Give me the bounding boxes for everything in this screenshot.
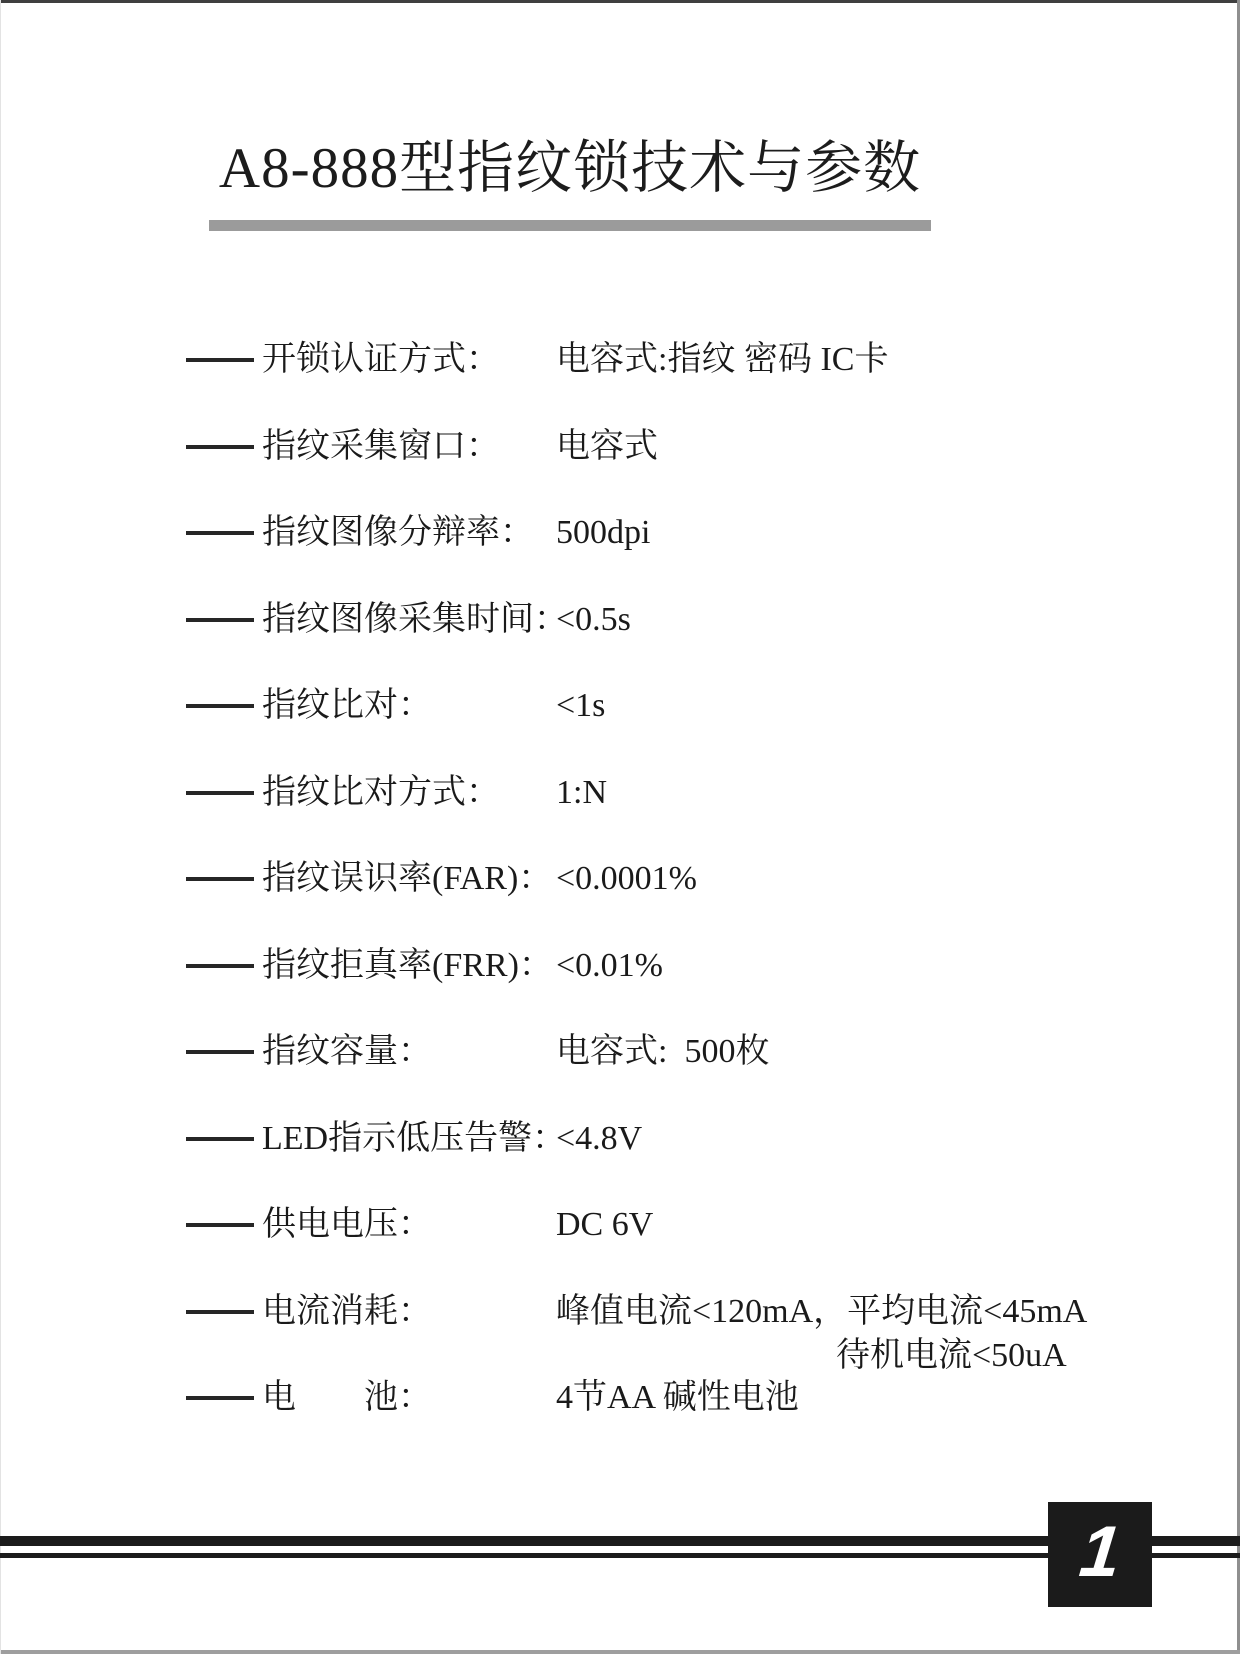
spec-row: 指纹图像采集时间：<0.5s bbox=[0, 597, 1200, 643]
spec-label: 电流消耗： bbox=[262, 1289, 432, 1335]
spec-dash bbox=[186, 1050, 254, 1054]
spec-label: 指纹拒真率(FRR)： bbox=[262, 943, 553, 989]
spec-label: 指纹图像采集时间： bbox=[262, 597, 568, 643]
spec-label: 指纹采集窗口： bbox=[262, 424, 500, 470]
spec-row: 指纹图像分辩率：500dpi bbox=[0, 510, 1200, 556]
spec-row: 指纹比对方式：1:N bbox=[0, 770, 1200, 816]
spec-dash bbox=[186, 445, 254, 449]
spec-label: 供电电压： bbox=[262, 1202, 432, 1248]
spec-value: 500dpi bbox=[556, 510, 650, 556]
spec-label: 指纹误识率(FAR)： bbox=[262, 856, 552, 902]
spec-dash bbox=[186, 1223, 254, 1227]
spec-label: 指纹比对方式： bbox=[262, 770, 500, 816]
spec-label: 电 池： bbox=[262, 1375, 432, 1421]
spec-label: 指纹容量： bbox=[262, 1029, 432, 1075]
spec-value: 电容式:指纹 密码 IC卡 bbox=[556, 337, 888, 383]
spec-value: DC 6V bbox=[556, 1202, 653, 1248]
spec-value: 4节AA 碱性电池 bbox=[556, 1375, 799, 1421]
spec-label: 指纹图像分辩率： bbox=[262, 510, 534, 556]
spec-value: <4.8V bbox=[556, 1116, 642, 1162]
spec-dash bbox=[186, 704, 254, 708]
spec-dash bbox=[186, 358, 254, 362]
spec-row: 指纹容量：电容式: 500枚 bbox=[0, 1029, 1200, 1075]
spec-value: 电容式: 500枚 bbox=[556, 1029, 769, 1075]
page-number: 1 bbox=[1076, 1516, 1124, 1594]
spec-value: <0.5s bbox=[556, 597, 631, 643]
spec-label: 开锁认证方式： bbox=[262, 337, 500, 383]
spec-value-line2: 待机电流<50uA bbox=[836, 1333, 1067, 1379]
spec-value: 1:N bbox=[556, 770, 607, 816]
spec-row: 电 池：4节AA 碱性电池 bbox=[0, 1375, 1200, 1421]
spec-row: 供电电压：DC 6V bbox=[0, 1202, 1200, 1248]
spec-label: LED指示低压告警： bbox=[262, 1116, 566, 1162]
spec-dash bbox=[186, 964, 254, 968]
spec-row: 指纹误识率(FAR)：<0.0001% bbox=[0, 856, 1200, 902]
spec-row: 指纹采集窗口：电容式 bbox=[0, 424, 1200, 470]
spec-row: 指纹比对：<1s bbox=[0, 683, 1200, 729]
spec-row: 指纹拒真率(FRR)：<0.01% bbox=[0, 943, 1200, 989]
spec-dash bbox=[186, 1396, 254, 1400]
spec-row: 电流消耗：峰值电流<120mA，平均电流<45mA待机电流<50uA bbox=[0, 1289, 1200, 1335]
spec-value: 电容式 bbox=[556, 424, 658, 470]
spec-dash bbox=[186, 531, 254, 535]
page-number-box: 1 bbox=[1048, 1502, 1152, 1607]
spec-dash bbox=[186, 791, 254, 795]
spec-dash bbox=[186, 618, 254, 622]
spec-value: <0.01% bbox=[556, 943, 663, 989]
spec-dash bbox=[186, 1137, 254, 1141]
spec-value: <0.0001% bbox=[556, 856, 697, 902]
spec-value: 峰值电流<120mA，平均电流<45mA bbox=[556, 1289, 1087, 1335]
spec-dash bbox=[186, 1310, 254, 1314]
spec-value: <1s bbox=[556, 683, 605, 729]
spec-row: LED指示低压告警：<4.8V bbox=[0, 1116, 1200, 1162]
spec-list: 开锁认证方式：电容式:指纹 密码 IC卡指纹采集窗口：电容式指纹图像分辩率：50… bbox=[0, 0, 1240, 1654]
spec-row: 开锁认证方式：电容式:指纹 密码 IC卡 bbox=[0, 337, 1200, 383]
spec-dash bbox=[186, 877, 254, 881]
spec-label: 指纹比对： bbox=[262, 683, 432, 729]
